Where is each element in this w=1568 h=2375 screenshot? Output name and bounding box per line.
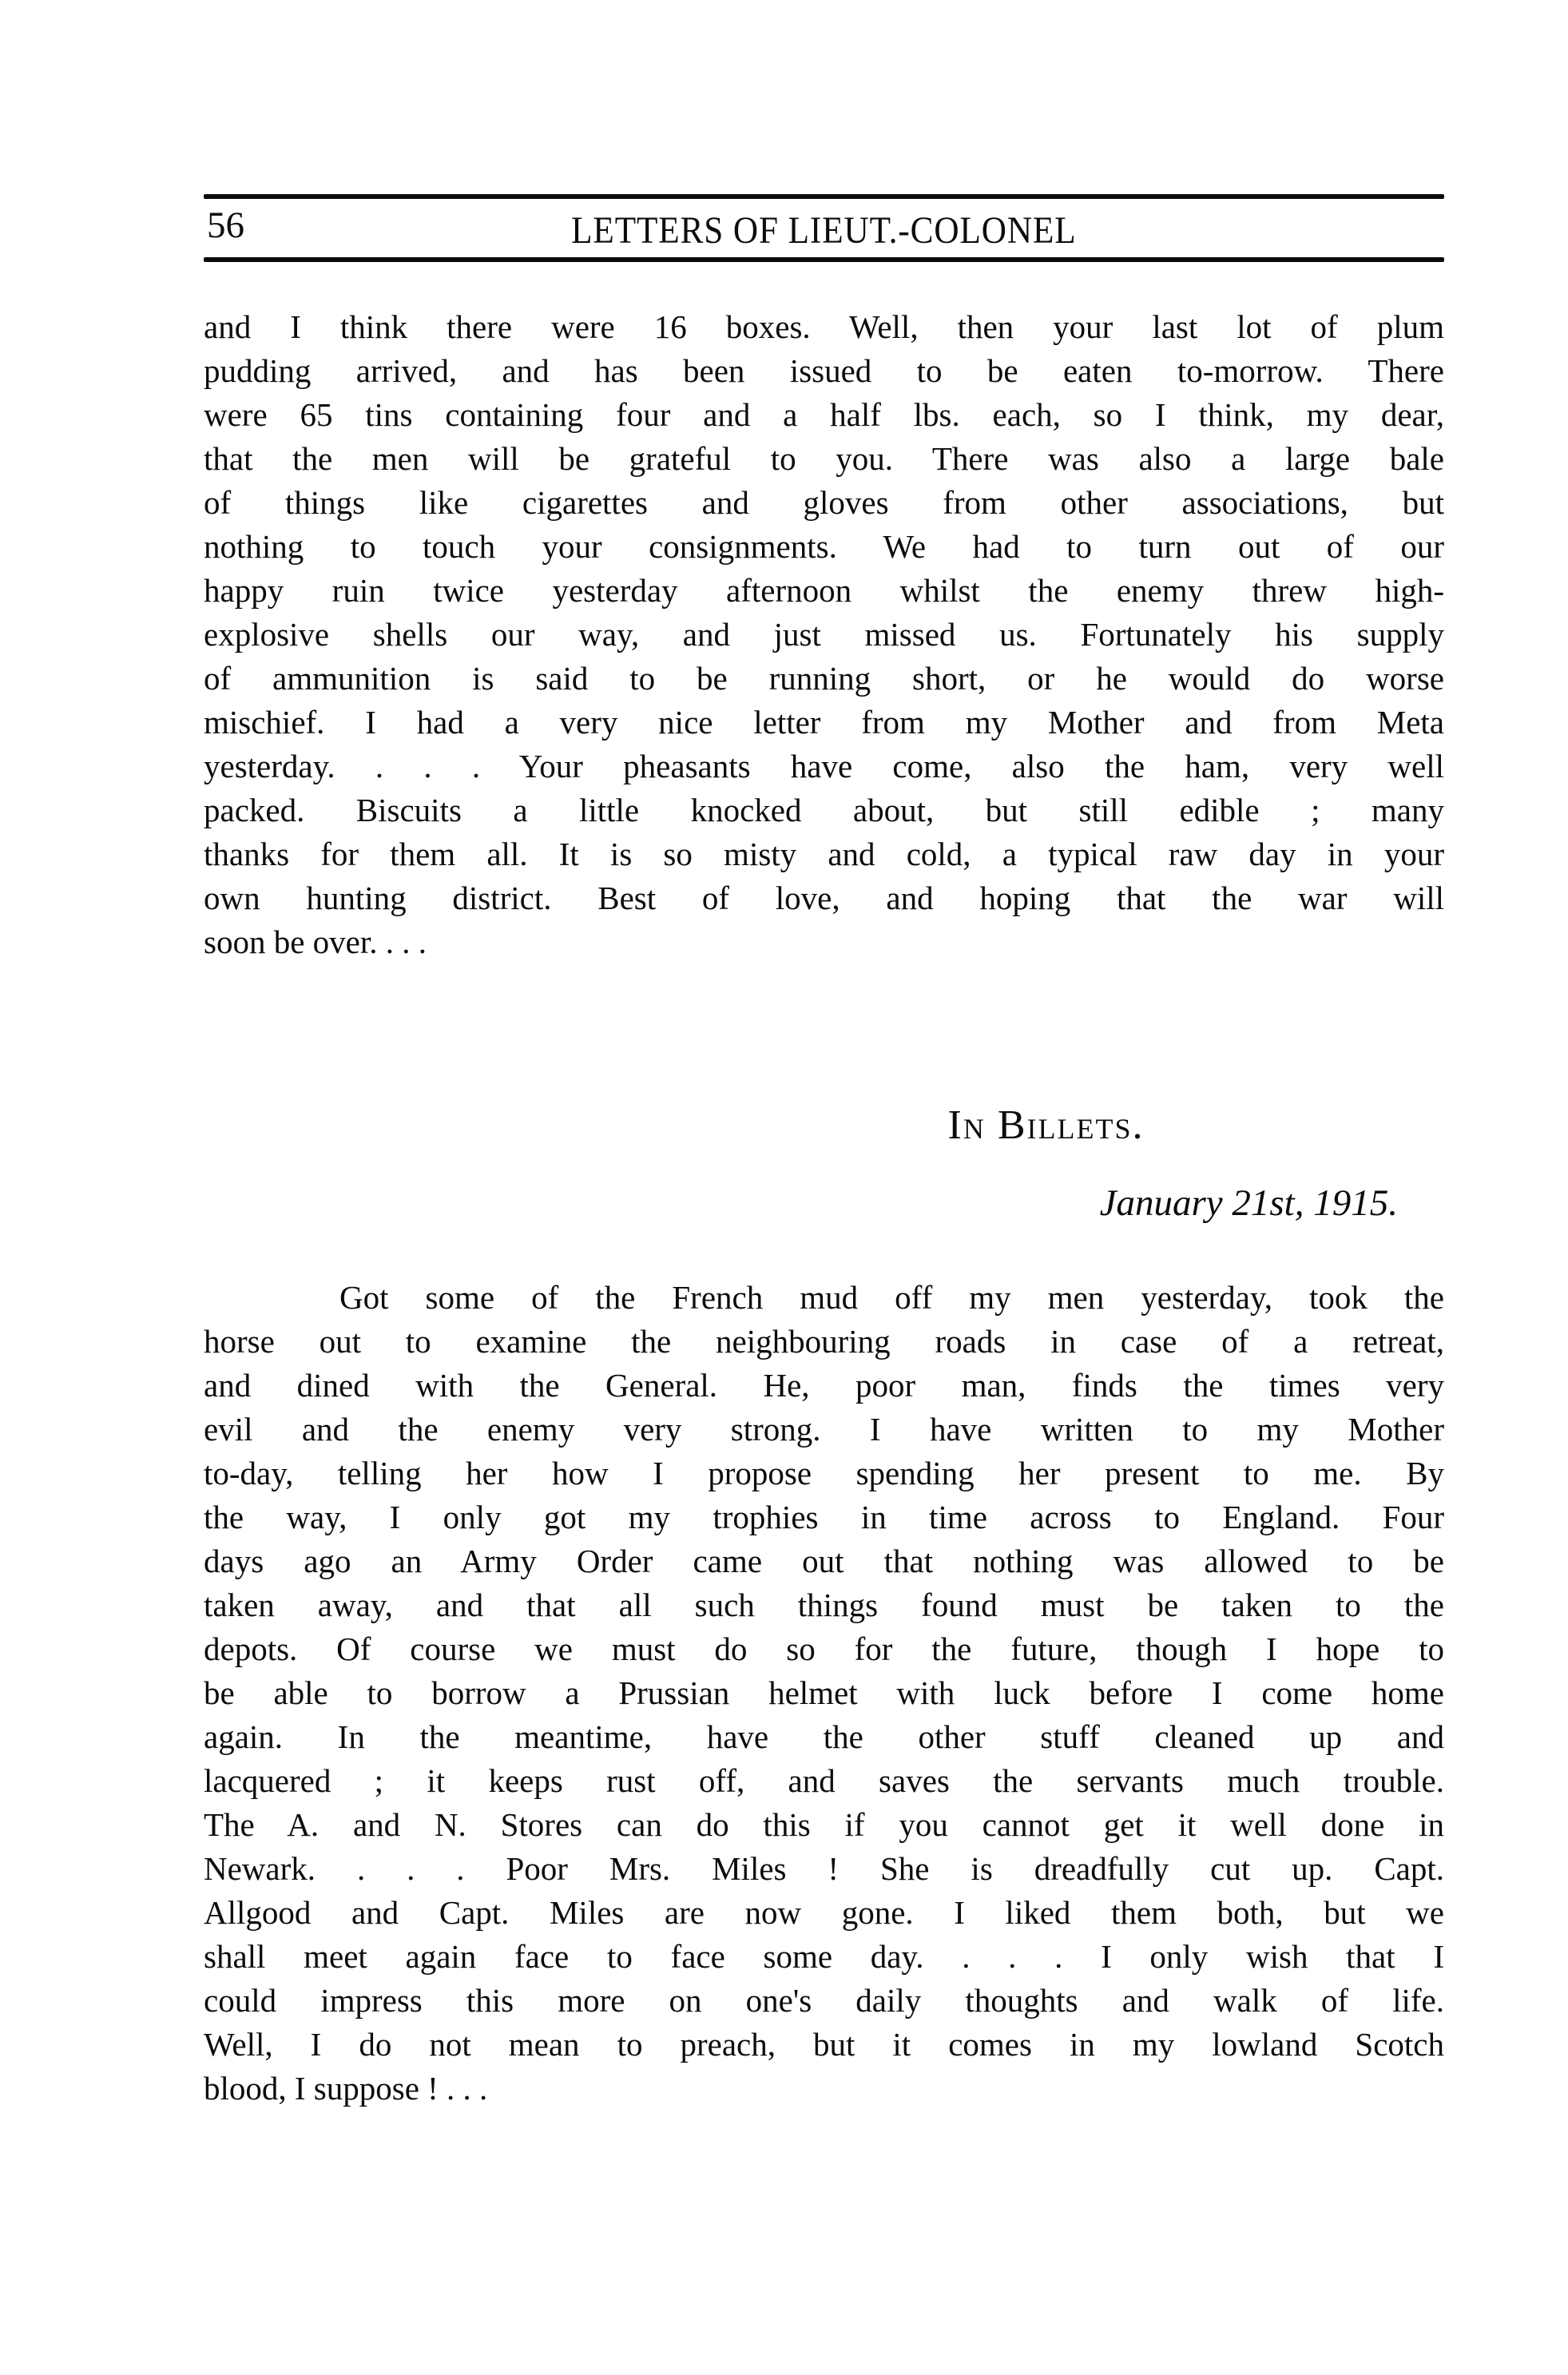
page-content: 56 LETTERS OF LIEUT.-COLONEL and I think…	[204, 194, 1444, 2111]
text-line: The A. and N. Stores can do this if you …	[204, 1803, 1444, 1847]
text-line: of things like cigarettes and gloves fro…	[204, 481, 1444, 525]
text-line: explosive shells our way, and just misse…	[204, 613, 1444, 657]
text-line: mischief. I had a very nice letter from …	[204, 701, 1444, 745]
text-line: horse out to examine the neighbouring ro…	[204, 1320, 1444, 1364]
text-line: be able to borrow a Prussian helmet with…	[204, 1671, 1444, 1715]
text-line: of ammunition is said to be running shor…	[204, 657, 1444, 701]
text-line: and dined with the General. He, poor man…	[204, 1364, 1444, 1408]
text-line: evil and the enemy very strong. I have w…	[204, 1408, 1444, 1452]
running-header-title: LETTERS OF LIEUT.-COLONEL	[571, 207, 1076, 250]
text-line: depots. Of course we must do so for the …	[204, 1627, 1444, 1671]
text-line: Newark. . . . Poor Mrs. Miles ! She is d…	[204, 1847, 1444, 1891]
text-line: pudding arrived, and has been issued to …	[204, 349, 1444, 393]
letter-paragraph-1: and I think there were 16 boxes. Well, t…	[204, 305, 1444, 964]
text-line: Got some of the French mud off my men ye…	[204, 1276, 1444, 1320]
text-line: packed. Biscuits a little knocked about,…	[204, 788, 1444, 832]
letter-paragraph-2: Got some of the French mud off my men ye…	[204, 1276, 1444, 2111]
text-line: again. In the meantime, have the other s…	[204, 1715, 1444, 1759]
text-line: were 65 tins containing four and a half …	[204, 393, 1444, 437]
date-line: January 21st, 1915.	[204, 1180, 1444, 1226]
text-line: and I think there were 16 boxes. Well, t…	[204, 305, 1444, 349]
text-line: thanks for them all. It is so misty and …	[204, 832, 1444, 876]
text-line: Allgood and Capt. Miles are now gone. I …	[204, 1891, 1444, 1935]
text-line: happy ruin twice yesterday afternoon whi…	[204, 569, 1444, 613]
text-line: soon be over. . . .	[204, 920, 1444, 964]
text-line: blood, I suppose ! . . .	[204, 2067, 1444, 2111]
text-line: lacquered ; it keeps rust off, and saves…	[204, 1759, 1444, 1803]
text-line: nothing to touch your consignments. We h…	[204, 525, 1444, 569]
text-line: the way, I only got my trophies in time …	[204, 1495, 1444, 1539]
page-number: 56	[207, 207, 244, 244]
text-line: Well, I do not mean to preach, but it co…	[204, 2023, 1444, 2067]
text-line: shall meet again face to face some day. …	[204, 1935, 1444, 1979]
text-line: own hunting district. Best of love, and …	[204, 876, 1444, 920]
running-header: 56 LETTERS OF LIEUT.-COLONEL	[204, 199, 1444, 257]
text-line: taken away, and that all such things fou…	[204, 1583, 1444, 1627]
text-line: could impress this more on one's daily t…	[204, 1979, 1444, 2023]
text-line: to-day, telling her how I propose spendi…	[204, 1452, 1444, 1495]
text-line: yesterday. . . . Your pheasants have com…	[204, 745, 1444, 788]
section-heading: In Billets.	[204, 1102, 1444, 1150]
book-page: 56 LETTERS OF LIEUT.-COLONEL and I think…	[0, 0, 1568, 2375]
header-rule-bottom	[204, 257, 1444, 262]
text-line: that the men will be grateful to you. Th…	[204, 437, 1444, 481]
text-line: days ago an Army Order came out that not…	[204, 1539, 1444, 1583]
